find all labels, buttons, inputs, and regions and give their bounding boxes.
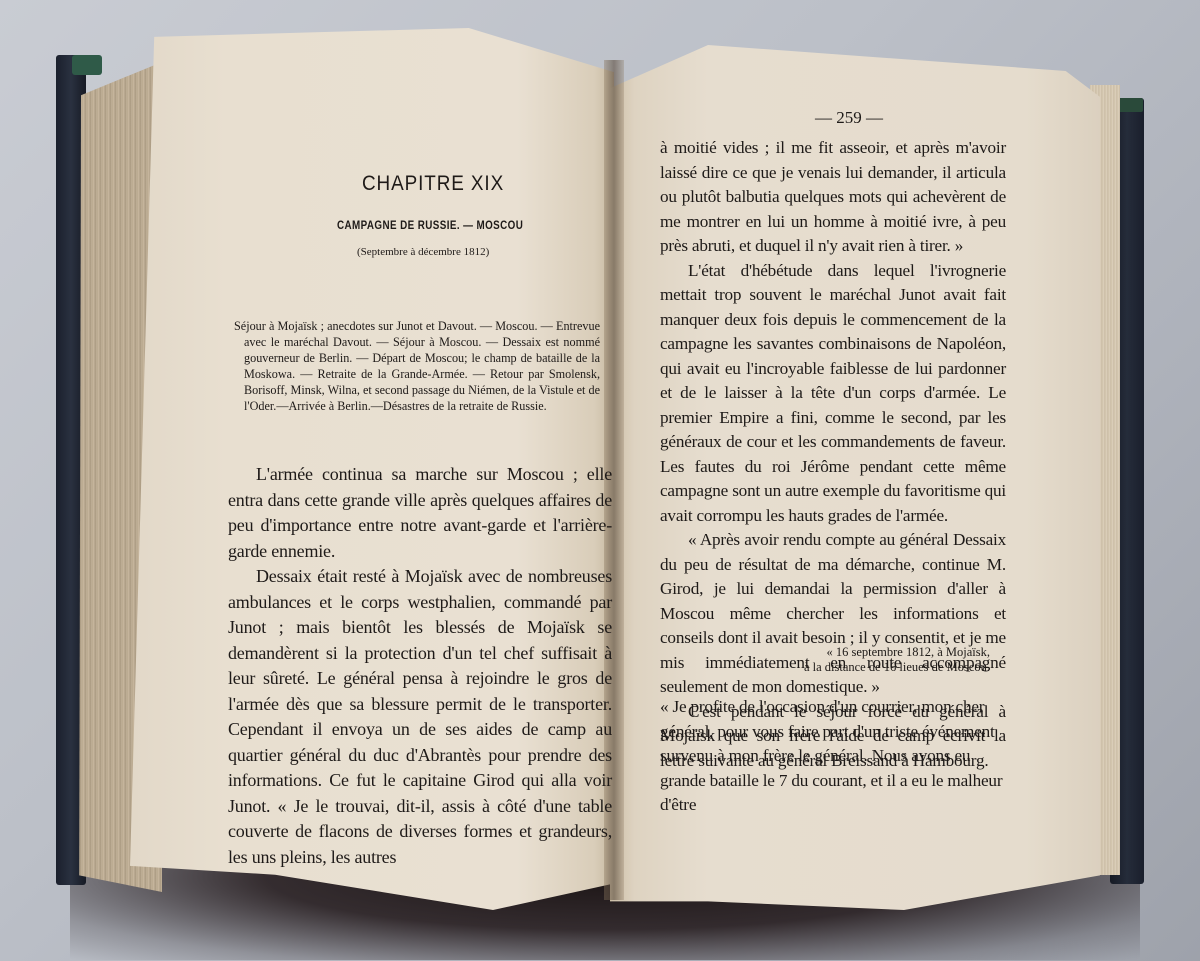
paragraph: à moitié vides ; il me fit asseoir, et a… (660, 136, 1006, 259)
dateline-line: à la distance de 16 lieues de Moscou. (790, 660, 990, 675)
chapter-subtitle: CAMPAGNE DE RUSSIE. — MOSCOU (337, 218, 523, 232)
paragraph: L'état d'hébétude dans lequel l'ivrogner… (660, 259, 1006, 529)
paragraph: Dessaix était resté à Mojaïsk avec de no… (228, 564, 612, 870)
chapter-summary: Séjour à Mojaïsk ; anecdotes sur Junot e… (234, 318, 600, 414)
book-cover-corner-left (72, 55, 102, 75)
page-number: — 259 — (815, 108, 883, 128)
left-page-body: L'armée continua sa marche sur Moscou ; … (228, 462, 612, 870)
letter-dateline: « 16 septembre 1812, à Mojaïsk, à la dis… (790, 645, 990, 675)
chapter-title: CHAPITRE XIX (362, 172, 504, 196)
dateline-line: « 16 septembre 1812, à Mojaïsk, (790, 645, 990, 660)
chapter-dates: (Septembre à décembre 1812) (357, 246, 489, 258)
paragraph: L'armée continua sa marche sur Moscou ; … (228, 462, 612, 564)
letter-body: « Je profite de l'occasion d'un courrier… (660, 678, 1006, 835)
paragraph: « Je profite de l'occasion d'un courrier… (660, 695, 1006, 818)
